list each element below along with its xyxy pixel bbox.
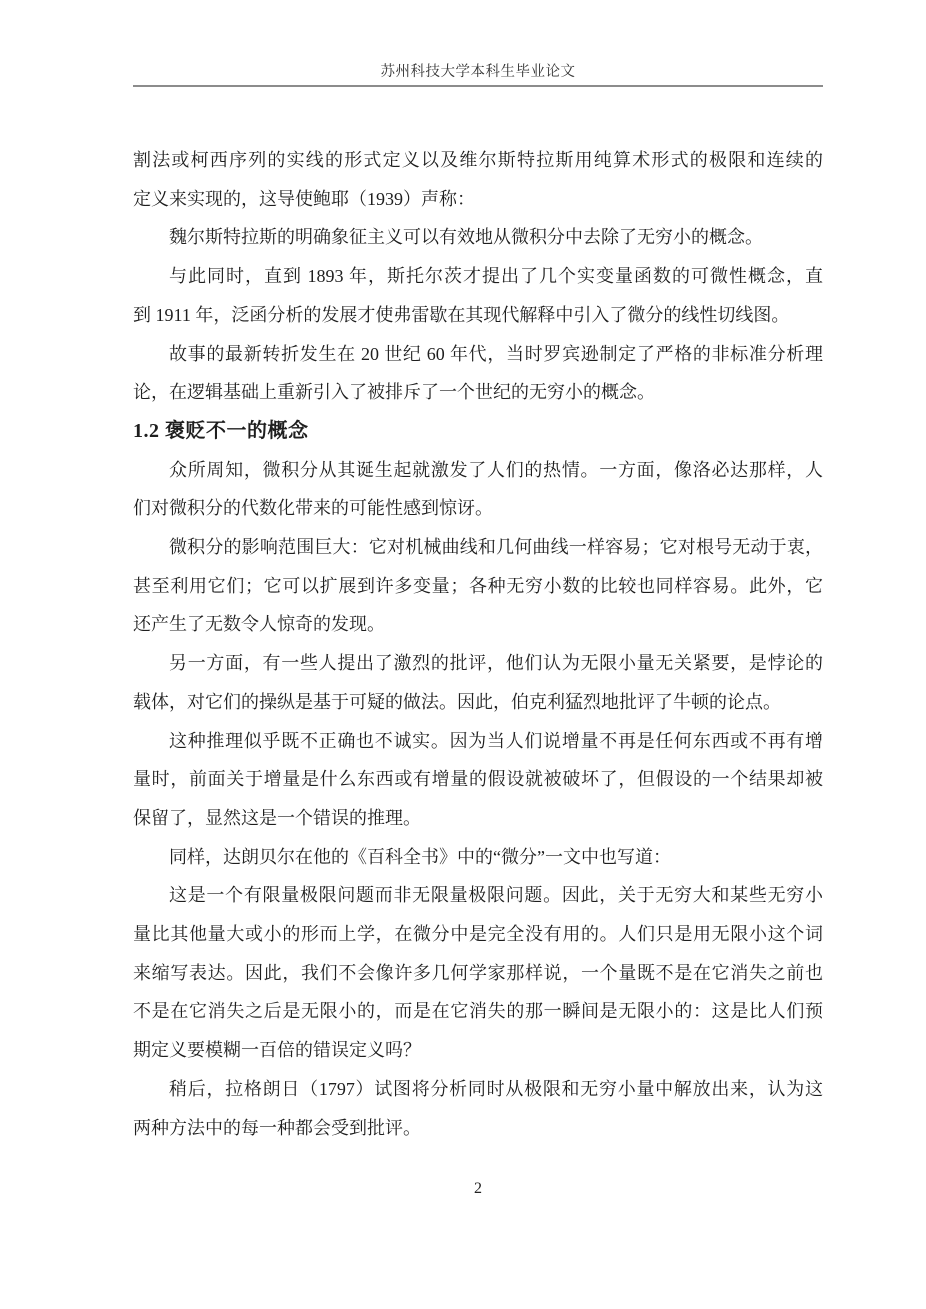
paragraph: 割法或柯西序列的实线的形式定义以及维尔斯特拉斯用纯算术形式的极限和连续的定义来实… <box>133 141 823 218</box>
paragraph: 另一方面，有一些人提出了激烈的批评，他们认为无限小量无关紧要，是悖论的载体，对它… <box>133 644 823 721</box>
paragraph: 故事的最新转折发生在 20 世纪 60 年代，当时罗宾逊制定了严格的非标准分析理… <box>133 335 823 412</box>
page-header: 苏州科技大学本科生毕业论文 <box>133 0 823 87</box>
text-line: 还产生了无数令人惊奇的发现。 <box>133 605 823 644</box>
text-line: 魏尔斯特拉斯的明确象征主义可以有效地从微积分中去除了无穷小的概念。 <box>133 218 823 257</box>
text-line: 微积分的影响范围巨大：它对机械曲线和几何曲线一样容易；它对根号无动于衷， <box>133 528 823 567</box>
paragraph: 稍后，拉格朗日（1797）试图将分析同时从极限和无穷小量中解放出来，认为这两种方… <box>133 1070 823 1147</box>
text-line: 量时，前面关于增量是什么东西或有增量的假设就被破坏了，但假设的一个结果却被 <box>133 760 823 799</box>
text-line: 定义来实现的，这导使鲍耶（1939）声称： <box>133 180 823 219</box>
page-number: 2 <box>474 1180 482 1198</box>
text-line: 稍后，拉格朗日（1797）试图将分析同时从极限和无穷小量中解放出来，认为这 <box>133 1070 823 1109</box>
text-line: 这是一个有限量极限问题而非无限量极限问题。因此，关于无穷大和某些无穷小 <box>133 876 823 915</box>
text-line: 割法或柯西序列的实线的形式定义以及维尔斯特拉斯用纯算术形式的极限和连续的 <box>133 141 823 180</box>
paragraph: 这是一个有限量极限问题而非无限量极限问题。因此，关于无穷大和某些无穷小量比其他量… <box>133 876 823 1070</box>
paragraph: 与此同时，直到 1893 年，斯托尔茨才提出了几个实变量函数的可微性概念，直到 … <box>133 257 823 334</box>
paragraph: 同样，达朗贝尔在他的《百科全书》中的“微分”一文中也写道： <box>133 838 823 877</box>
text-line: 载体，对它们的操纵是基于可疑的做法。因此，伯克利猛烈地批评了牛顿的论点。 <box>133 683 823 722</box>
header-title: 苏州科技大学本科生毕业论文 <box>133 60 823 81</box>
text-line: 来缩写表达。因此，我们不会像许多几何学家那样说，一个量既不是在它消失之前也 <box>133 954 823 993</box>
text-line: 甚至利用它们；它可以扩展到许多变量；各种无穷小数的比较也同样容易。此外，它 <box>133 567 823 606</box>
text-line: 保留了，显然这是一个错误的推理。 <box>133 799 823 838</box>
text-line: 量比其他量大或小的形而上学，在微分中是完全没有用的。人们只是用无限小这个词 <box>133 915 823 954</box>
text-line: 同样，达朗贝尔在他的《百科全书》中的“微分”一文中也写道： <box>133 838 823 877</box>
text-line: 众所周知，微积分从其诞生起就激发了人们的热情。一方面，像洛必达那样，人 <box>133 451 823 490</box>
text-line: 们对微积分的代数化带来的可能性感到惊讶。 <box>133 489 823 528</box>
text-line: 期定义要模糊一百倍的错误定义吗？ <box>133 1031 823 1070</box>
document-body: 割法或柯西序列的实线的形式定义以及维尔斯特拉斯用纯算术形式的极限和连续的定义来实… <box>133 141 823 1147</box>
text-line: 与此同时，直到 1893 年，斯托尔茨才提出了几个实变量函数的可微性概念，直 <box>133 257 823 296</box>
document-page: 苏州科技大学本科生毕业论文 割法或柯西序列的实线的形式定义以及维尔斯特拉斯用纯算… <box>0 0 926 1309</box>
text-line: 另一方面，有一些人提出了激烈的批评，他们认为无限小量无关紧要，是悖论的 <box>133 644 823 683</box>
paragraph: 魏尔斯特拉斯的明确象征主义可以有效地从微积分中去除了无穷小的概念。 <box>133 218 823 257</box>
section-heading: 1.2 褒贬不一的概念 <box>133 412 823 451</box>
text-line: 论，在逻辑基础上重新引入了被排斥了一个世纪的无穷小的概念。 <box>133 373 823 412</box>
paragraph: 微积分的影响范围巨大：它对机械曲线和几何曲线一样容易；它对根号无动于衷，甚至利用… <box>133 528 823 644</box>
text-line: 这种推理似乎既不正确也不诚实。因为当人们说增量不再是任何东西或不再有增 <box>133 722 823 761</box>
paragraph: 众所周知，微积分从其诞生起就激发了人们的热情。一方面，像洛必达那样，人们对微积分… <box>133 451 823 528</box>
text-line: 到 1911 年，泛函分析的发展才使弗雷歇在其现代解释中引入了微分的线性切线图。 <box>133 296 823 335</box>
text-line: 故事的最新转折发生在 20 世纪 60 年代，当时罗宾逊制定了严格的非标准分析理 <box>133 335 823 374</box>
page-footer: 2 <box>133 1180 823 1198</box>
text-line: 不是在它消失之后是无限小的，而是在它消失的那一瞬间是无限小的：这是比人们预 <box>133 992 823 1031</box>
paragraph: 这种推理似乎既不正确也不诚实。因为当人们说增量不再是任何东西或不再有增量时，前面… <box>133 722 823 838</box>
text-line: 两种方法中的每一种都会受到批评。 <box>133 1109 823 1148</box>
